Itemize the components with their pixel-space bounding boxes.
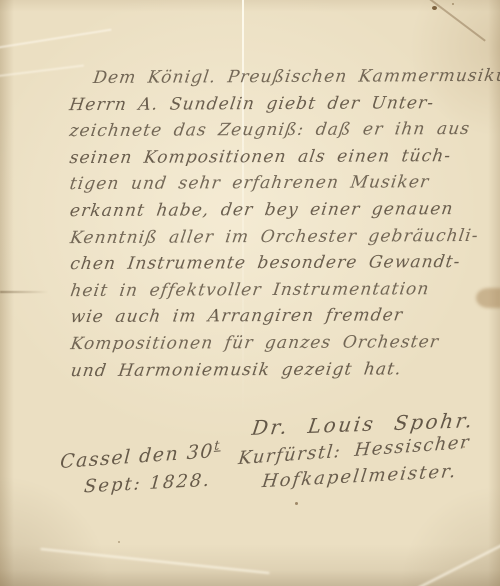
paper-speck bbox=[295, 502, 298, 505]
dateline-day-suffix: t bbox=[214, 438, 222, 454]
handwritten-line: tigen und sehr erfahrenen Musiker bbox=[68, 169, 486, 198]
handwritten-line: wie auch im Arrangiren fremder bbox=[69, 302, 487, 331]
handwritten-line: chen Instrumente besondere Gewandt- bbox=[68, 249, 486, 278]
paper-speck bbox=[118, 541, 120, 543]
paper-speck bbox=[452, 3, 454, 5]
handwritten-line: Dem Königl. Preußischen Kammermusikus bbox=[67, 63, 485, 92]
handwritten-line: Herrn A. Sundelin giebt der Unter- bbox=[68, 90, 486, 119]
handwritten-line: zeichnete das Zeugniß: daß er ihn aus bbox=[68, 116, 486, 145]
letter-scan: Dem Königl. Preußischen Kammermusikus He… bbox=[0, 0, 500, 586]
paper-speck bbox=[432, 6, 437, 10]
handwritten-line: Kompositionen für ganzes Orchester bbox=[69, 329, 487, 358]
handwritten-line: seinen Kompositionen als einen tüch- bbox=[68, 143, 486, 172]
handwritten-line: und Harmoniemusik gezeigt hat. bbox=[69, 355, 487, 384]
letter-body: Dem Königl. Preußischen Kammermusikus He… bbox=[69, 63, 485, 384]
handwritten-line: Kenntniß aller im Orchester gebräuchli- bbox=[68, 222, 486, 251]
handwritten-line: heit in effektvoller Instrumentation bbox=[69, 276, 487, 305]
handwritten-line: erkannt habe, der bey einer genauen bbox=[68, 196, 486, 225]
